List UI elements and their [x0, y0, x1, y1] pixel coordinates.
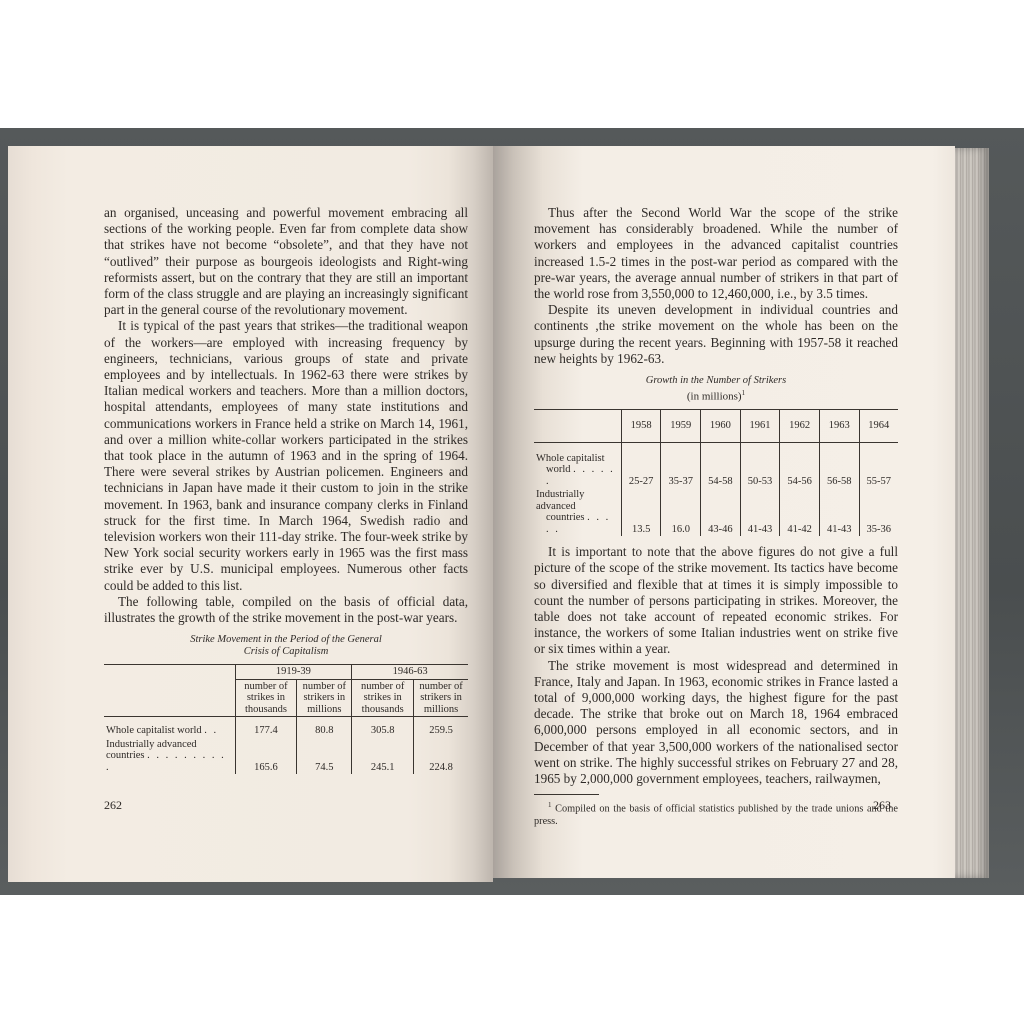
table-cell: 35-36	[859, 488, 898, 536]
table-row: Industrially advanced countries . . . . …	[104, 738, 468, 775]
table-caption: Strike Movement in the Period of the Gen…	[104, 634, 468, 658]
year-header: 1964	[859, 409, 898, 442]
table-cell: 43-46	[701, 488, 741, 536]
table-cell: 13.5	[621, 488, 661, 536]
year-header: 1961	[740, 409, 780, 442]
paragraph: It is important to note that the above f…	[534, 544, 898, 657]
left-page-content: an organised, unceasing and powerful mov…	[104, 205, 468, 774]
paragraph: an organised, unceasing and powerful mov…	[104, 205, 468, 318]
year-header: 1962	[780, 409, 820, 442]
table-row: Whole capitalist world . . . . . . 25-27…	[534, 442, 898, 488]
table-cell: 41-43	[740, 488, 780, 536]
table-caption: Growth in the Number of Strikers (in mil…	[534, 375, 898, 403]
year-header: 1963	[819, 409, 859, 442]
column-header: number of strikes in thousands	[352, 679, 414, 717]
column-header: number of strikes in thousands	[235, 679, 297, 717]
table-cell: 54-56	[780, 442, 820, 488]
column-header: number of strikers in millions	[297, 679, 352, 717]
page-edges	[955, 148, 989, 878]
table-row: Whole capitalist world . . 177.4 80.8 30…	[104, 717, 468, 738]
column-header: number of strikers in millions	[414, 679, 468, 717]
table-cell: 56-58	[819, 442, 859, 488]
table-cell: 50-53	[740, 442, 780, 488]
growth-in-strikers-table: 1958195919601961196219631964 Whole capit…	[534, 409, 898, 537]
table-cell: 35-37	[661, 442, 701, 488]
page-number: 262	[104, 798, 122, 813]
year-header: 1959	[661, 409, 701, 442]
footnote: 1 Compiled on the basis of official stat…	[534, 799, 898, 827]
page-number: 263	[873, 798, 891, 813]
paragraph: It is typical of the past years that str…	[104, 318, 468, 593]
paragraph: Despite its uneven development in indivi…	[534, 302, 898, 367]
year-header: 1958	[621, 409, 661, 442]
table-cell: 41-43	[819, 488, 859, 536]
right-page-content: Thus after the Second World War the scop…	[534, 205, 898, 828]
table-row: Industrially advanced countries . . . . …	[534, 488, 898, 536]
strike-movement-table: 1919-39 1946-63 number of strikes in tho…	[104, 664, 468, 774]
period-header: 1946-63	[352, 665, 468, 680]
year-header: 1960	[701, 409, 741, 442]
period-header: 1919-39	[235, 665, 352, 680]
paragraph: The strike movement is most widespread a…	[534, 658, 898, 788]
table-cell: 55-57	[859, 442, 898, 488]
paragraph: The following table, compiled on the bas…	[104, 594, 468, 626]
footnote-divider	[534, 794, 599, 795]
paragraph: Thus after the Second World War the scop…	[534, 205, 898, 302]
table-cell: 25-27	[621, 442, 661, 488]
table-cell: 41-42	[780, 488, 820, 536]
table-cell: 54-58	[701, 442, 741, 488]
table-cell: 16.0	[661, 488, 701, 536]
